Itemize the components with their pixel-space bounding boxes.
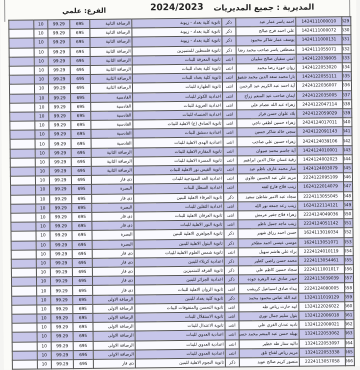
scanned-page: المديرية : جميع المديريات 2024/2023 الفر… — [0, 0, 360, 360]
seq-cell: 650 — [344, 210, 353, 219]
total-score-cell: 695 — [71, 166, 91, 175]
blank-cell — [9, 66, 34, 75]
directorate-cell: القادسية — [91, 102, 133, 112]
directorate-cell: القادسية — [91, 92, 133, 102]
blank-cell — [11, 185, 36, 194]
average-cell: 99.29 — [49, 157, 71, 166]
average-cell: 99.29 — [48, 20, 70, 29]
extra-cell: 10 — [37, 351, 51, 360]
total-score-cell: 695 — [73, 313, 93, 322]
extra-cell: 10 — [35, 112, 49, 121]
gender-cell: انثى — [223, 156, 237, 165]
average-cell: 99.29 — [48, 47, 70, 56]
average-cell: 99.29 — [48, 84, 70, 93]
directorate-cell: الرصافة الثانية — [91, 148, 133, 158]
student-name-cell: بيداء صادق اسماعيل كريشب — [239, 284, 299, 294]
seq-cell: 652 — [344, 228, 353, 237]
exam-id-cell: 2224124049036 — [298, 210, 344, 220]
average-cell: 99.29 — [50, 185, 72, 194]
extra-cell: 10 — [34, 47, 48, 56]
blank-cell — [12, 332, 37, 341]
gender-cell: انثى — [224, 220, 238, 229]
blank-cell — [11, 222, 36, 231]
average-cell: 99.29 — [50, 213, 72, 222]
seq-cell: 629 — [342, 17, 351, 26]
gender-cell: ذكر — [225, 294, 239, 303]
student-name-cell: براء علي هاشم سهيل — [238, 247, 298, 257]
exam-id-cell: 2424122047114 — [297, 99, 343, 109]
school-cell: اعدادية كربلاء للبنين — [134, 257, 224, 267]
blank-cell — [11, 268, 36, 277]
school-cell: ثانوية شمس العلوم الاهلية للبنات — [134, 248, 224, 258]
gender-cell: انثى — [225, 312, 239, 321]
seq-cell: 642 — [343, 136, 352, 145]
gender-cell: انثى — [224, 202, 238, 211]
seq-cell: 658 — [345, 283, 354, 292]
blank-cell — [10, 158, 35, 167]
directorate-cell: ذي قار — [93, 285, 135, 295]
average-cell: 99.29 — [49, 167, 71, 176]
school-cell: ثانوية كلية بغداد - زيونة — [132, 18, 222, 28]
gender-cell: انثى — [223, 165, 237, 174]
seq-cell: 660 — [345, 301, 354, 310]
average-cell: 99.29 — [49, 176, 71, 185]
exam-id-cell: 1324111019129 — [299, 292, 345, 302]
blank-cell — [12, 323, 37, 332]
school-cell: اعدادية الكوثر للبنات — [133, 92, 223, 102]
student-name-cell: بهيله حسن عبد المنعم محمد حسن — [239, 330, 299, 340]
directorate-cell: الرصافة الثانية — [90, 83, 132, 93]
total-score-cell: 695 — [73, 295, 93, 304]
extra-cell: 10 — [36, 240, 50, 249]
directorate-cell: القادسية — [91, 120, 133, 130]
school-cell: ثانوية الفرقد للمتميزين — [134, 266, 224, 276]
school-cell: ثانوية الاستقلال للبنات — [135, 312, 225, 322]
directorate-cell: الرصافة الثانية — [90, 74, 132, 84]
total-score-cell: 695 — [72, 203, 92, 212]
extra-cell: 10 — [36, 204, 50, 213]
student-name-cell: مصطفى ياسر صاحب محمد رضا — [236, 45, 296, 55]
gender-cell: انثى — [223, 128, 237, 137]
branch-label: الفرع: علمي — [62, 7, 106, 15]
extra-cell: 10 — [34, 57, 48, 66]
gender-cell: ذكر — [224, 229, 238, 238]
directorate-cell: البصرة — [92, 203, 134, 213]
school-cell: ثانوية النور الاهلية للبنات — [134, 220, 224, 230]
gender-cell: انثى — [225, 349, 239, 358]
extra-cell: 10 — [35, 130, 49, 139]
total-score-cell: 695 — [73, 286, 93, 295]
extra-cell: 10 — [36, 250, 50, 259]
school-cell: ثانوية البتول الاهلية للبنين — [134, 239, 224, 249]
school-cell: ثانوية الصادق (ع) الاهلية للبنات — [133, 119, 223, 129]
average-cell: 99.29 — [50, 259, 72, 268]
average-cell: 99.29 — [49, 130, 71, 139]
student-name-cell: داليه ستار طه خطير — [239, 339, 299, 349]
blank-cell — [11, 213, 36, 222]
directorate-cell: ذي قار — [91, 175, 133, 185]
average-cell: 99.29 — [49, 102, 71, 111]
blank-cell — [11, 241, 36, 250]
exam-id-cell: 1424122053020 — [296, 63, 342, 73]
extra-cell: 10 — [36, 185, 50, 194]
exam-id-cell: 1424124010001 — [297, 145, 343, 155]
exam-id-cell: 1624122114121 — [298, 201, 344, 211]
exam-id-cell: 1324122053338 — [299, 348, 345, 358]
total-score-cell: 695 — [71, 148, 91, 157]
extra-cell: 10 — [36, 268, 50, 277]
student-name-cell: زهراء حسين علي صاحب — [237, 137, 297, 147]
exam-id-cell: 1324122008021 — [299, 320, 345, 330]
average-cell: 99.29 — [50, 240, 72, 249]
seq-cell: 644 — [343, 155, 352, 164]
gender-cell: انثى — [225, 303, 239, 312]
directorate-cell: الرصافة الثانية — [90, 65, 132, 75]
extra-cell: 10 — [36, 222, 50, 231]
total-score-cell: 695 — [71, 157, 91, 166]
directorate-cell: القادسية — [91, 138, 133, 148]
average-cell: 99.29 — [51, 286, 73, 295]
seq-cell: 659 — [345, 292, 354, 301]
exam-id-cell: 1424122039005 — [296, 54, 342, 64]
gender-cell: ذكر — [222, 45, 236, 54]
seq-cell: 665 — [345, 347, 354, 356]
school-cell: ثانوية الروان الاهلية للبنات — [135, 284, 225, 294]
gender-cell: ذكر — [224, 238, 238, 247]
extra-cell: 10 — [34, 66, 48, 75]
total-score-cell: 695 — [70, 65, 90, 74]
blank-cell — [10, 94, 35, 103]
school-cell: ثانوية الجواهري الاهلية للبنين — [134, 229, 224, 239]
exam-id-cell: 1424124002023 — [297, 155, 343, 165]
exam-id-cell: 1424122055111 — [296, 72, 342, 82]
exam-id-cell: 1324122053062 — [299, 329, 345, 339]
average-cell: 99.29 — [48, 38, 70, 47]
directorate-cell: الرصافة الثانية — [90, 47, 132, 57]
seq-cell: 648 — [344, 191, 353, 200]
extra-cell: 10 — [35, 176, 49, 185]
total-score-cell: 695 — [70, 56, 90, 65]
seq-cell: 645 — [343, 164, 352, 173]
gender-cell: انثى — [222, 64, 236, 73]
seq-cell: 651 — [344, 219, 353, 228]
total-score-cell: 695 — [73, 304, 93, 313]
exam-id-cell: 1424111000010 — [296, 17, 342, 27]
seq-cell: 653 — [344, 237, 353, 246]
gender-cell: انثى — [222, 82, 236, 91]
student-name-cell: يوسف عمار شاكر محمود — [236, 36, 296, 46]
school-cell: اعدادية الخنساء للبنات — [133, 110, 223, 120]
gender-cell: انثى — [223, 137, 237, 146]
total-score-cell: 695 — [71, 176, 91, 185]
total-score-cell: 695 — [73, 332, 93, 341]
exam-id-cell: 2224122095109 — [297, 173, 343, 183]
extra-cell: 10 — [35, 121, 49, 130]
gender-cell: انثى — [224, 248, 238, 257]
directorate-cell: ذي قار — [92, 194, 134, 204]
total-score-cell: 695 — [73, 323, 93, 332]
directorate-cell: الرصافة الاولى — [93, 350, 135, 360]
average-cell: 99.29 — [49, 148, 71, 157]
school-cell: اعدادية السطل للبنات — [134, 183, 224, 193]
seq-cell: 641 — [343, 127, 352, 136]
gender-cell: انثى — [222, 55, 236, 64]
exam-id-cell: 2424122035005 — [297, 90, 343, 100]
total-score-cell: 695 — [72, 194, 92, 203]
extra-cell: 10 — [37, 332, 51, 341]
total-score-cell: 695 — [72, 277, 92, 286]
average-cell: 99.29 — [51, 332, 73, 341]
blank-cell — [10, 176, 35, 185]
blank-cell — [12, 351, 37, 360]
seq-cell: 646 — [343, 173, 352, 182]
seq-cell: 639 — [343, 109, 352, 118]
student-name-cell: آية احمد عبد الكريم عبد الرحمن — [236, 82, 296, 92]
student-name-cell: محمد حسن راضي كطير — [238, 256, 298, 266]
average-cell: 99.29 — [50, 194, 72, 203]
blank-cell — [10, 112, 35, 121]
school-cell: ثانوية المقارم الاهلية للبنات — [133, 147, 223, 157]
exam-id-cell: 2224124051142 — [298, 219, 344, 229]
average-cell: 99.29 — [51, 323, 73, 332]
directorate-cell: الرصافة الثانية — [90, 37, 132, 47]
student-name-cell: مريم رياض لفتاح ثلق — [239, 348, 299, 358]
blank-cell — [12, 342, 37, 351]
student-name-cell: مريم علي عبد الحسين علاوي — [237, 173, 297, 183]
total-score-cell: 695 — [70, 19, 90, 28]
blank-cell — [9, 38, 34, 47]
directorate-cell: ذي قار — [92, 212, 134, 222]
gender-cell: انثى — [225, 339, 239, 348]
extra-cell: 10 — [35, 103, 49, 112]
seq-cell: 649 — [344, 200, 353, 209]
directorate-cell: ذي قار — [92, 249, 134, 259]
average-cell: 99.29 — [50, 222, 72, 231]
academic-year: 2024/2023 — [150, 3, 203, 14]
exam-id-cell: 1624113016034 — [298, 228, 344, 238]
total-score-cell: 695 — [72, 185, 92, 194]
average-cell: 99.29 — [50, 249, 72, 258]
student-name-cell: آية جاسم محمد صيوان — [237, 146, 297, 156]
total-score-cell: 695 — [70, 75, 90, 84]
extra-cell: 10 — [36, 213, 50, 222]
exam-id-cell: 2424124017011 — [297, 118, 343, 128]
gender-cell: ذكر — [224, 257, 238, 266]
gender-cell: ذكر — [224, 275, 238, 284]
directorate-cell: ذي قار — [92, 258, 134, 268]
gender-cell: انثى — [225, 321, 239, 330]
school-cell: اعدادية العدوي للبنات — [135, 349, 225, 359]
exam-id-cell: 1424111000131 — [296, 35, 342, 45]
school-cell: ثانوية القيس نور الاهلية للبنات — [133, 165, 223, 175]
directorate-cell: ذي قار — [92, 221, 134, 231]
gender-cell: انثى — [223, 110, 237, 119]
seq-cell: 631 — [342, 35, 351, 44]
student-name-cell: ايمان صاحب عبد المنعم زراج — [237, 91, 297, 101]
blank-cell — [9, 75, 34, 84]
seq-cell: 637 — [343, 90, 352, 99]
extra-cell: 10 — [36, 277, 50, 286]
blank-cell — [9, 84, 34, 93]
gender-cell: انثى — [223, 147, 237, 156]
exam-id-cell: 2424124039106 — [297, 136, 343, 146]
total-score-cell: 695 — [72, 267, 92, 276]
total-score-cell: 695 — [72, 231, 92, 240]
blank-cell — [10, 167, 35, 176]
blank-cell — [11, 204, 36, 213]
directorate-cell: الرصافة الثانية — [90, 56, 132, 66]
school-cell: اعدادية الثقلين للبنات — [134, 202, 224, 212]
directorate-cell: الرصافة الثانية — [91, 166, 133, 176]
gender-cell: ذكر — [224, 266, 238, 275]
gender-cell: انثى — [223, 91, 237, 100]
exam-id-cell: 2424122036007 — [296, 81, 342, 91]
total-score-cell: 695 — [71, 120, 91, 129]
blank-cell — [11, 195, 36, 204]
total-score-cell: 695 — [70, 29, 90, 38]
blank-cell — [10, 139, 35, 148]
gender-cell: ذكر — [224, 192, 238, 201]
exam-id-cell: 2224113054461 — [298, 256, 344, 266]
school-cell: ثانوية كلية بغداد للبنات — [132, 64, 222, 74]
school-cell: ثانوية المسرة الاهلية للبنات — [133, 156, 223, 166]
school-cell: ثانوية الطهارة للبنات — [132, 82, 222, 92]
directorate-cell: القادسية — [91, 129, 133, 139]
extra-cell: 10 — [34, 75, 48, 84]
blank-cell — [10, 121, 35, 130]
seq-cell: 635 — [342, 72, 351, 81]
directorate-cell: الرصافة الاولى — [93, 341, 135, 351]
average-cell: 99.29 — [50, 277, 72, 286]
student-name-cell: زينب ماجد جميل ناظم — [238, 219, 298, 229]
directorate-cell: البصرة — [92, 230, 134, 240]
extra-cell: 10 — [37, 314, 51, 323]
student-name-cell: ابيه حارث رياض طه — [239, 302, 299, 312]
exam-id-cell: 1424111000072 — [296, 26, 342, 36]
average-cell: 99.29 — [50, 231, 72, 240]
average-cell: 99.29 — [49, 121, 71, 130]
blank-cell — [10, 149, 35, 158]
average-cell: 99.29 — [48, 29, 70, 38]
blank-cell — [11, 277, 36, 286]
seq-cell: 662 — [345, 320, 354, 329]
blank-cell — [9, 48, 34, 57]
extra-cell: 10 — [35, 167, 49, 176]
student-name-cell: سجاد حسين كاظم علي — [238, 265, 298, 275]
school-cell: اعدادية دمشق للبنات — [133, 128, 223, 138]
seq-cell: 643 — [343, 145, 352, 154]
extra-cell: 10 — [37, 323, 51, 332]
extra-cell: 10 — [34, 20, 48, 29]
directorate-cell: الرصافة الثانية — [91, 157, 133, 167]
blank-cell — [12, 314, 37, 323]
average-cell: 99.29 — [50, 268, 72, 277]
blank-cell — [9, 57, 34, 66]
student-name-cell: زهراء حسين لطفي ناجي — [237, 118, 297, 128]
seq-cell: 655 — [344, 256, 353, 265]
student-name-cell: سجاد عبد الامير شاطئ سعيد — [238, 192, 298, 202]
seq-cell: 640 — [343, 118, 352, 127]
student-name-cell: حسن احمد رزاق شهير — [238, 229, 298, 239]
total-score-cell: 695 — [70, 38, 90, 47]
extra-cell: 10 — [34, 84, 48, 93]
directorate-cell: الرصافة الاولى — [93, 295, 135, 305]
extra-cell: 10 — [37, 295, 51, 304]
extra-cell: 10 — [36, 231, 50, 240]
seq-cell: 634 — [342, 63, 351, 72]
seq-cell: 663 — [345, 329, 354, 338]
total-score-cell: 695 — [72, 240, 92, 249]
directorate-cell: الرصافة الاولى — [93, 304, 135, 314]
student-name-cell: بارا محمد سعد الدين محمد شفيق — [236, 72, 296, 82]
seq-cell: 664 — [345, 338, 354, 347]
total-score-cell: 695 — [71, 130, 91, 139]
school-cell: ثانوية المعرفة للبنات — [132, 55, 222, 65]
gender-cell: انثى — [225, 284, 239, 293]
school-cell: ثانوية الاعتدال للبنات — [135, 321, 225, 331]
exam-id-cell: 1624122014079 — [298, 182, 344, 192]
seq-cell: 656 — [344, 265, 353, 274]
student-name-cell: زهراء فلاح جفير عرمش — [238, 210, 298, 220]
school-cell: ثانوية العرفاء الاهلية للبنين — [134, 193, 224, 203]
exam-id-cell: 1424111055071 — [296, 44, 342, 54]
seq-cell: 636 — [342, 81, 351, 90]
average-cell: 99.29 — [49, 112, 71, 121]
extra-cell: 10 — [37, 305, 51, 314]
exam-id-cell: 2424122059029 — [297, 109, 343, 119]
gender-cell: انثى — [222, 73, 236, 82]
total-score-cell: 695 — [71, 139, 91, 148]
exam-id-cell: 2424122091143 — [297, 127, 343, 137]
student-name-cell: زينب رعد جمعة نور الله — [238, 201, 298, 211]
exam-id-cell: 2224113055045 — [298, 191, 344, 201]
directorate-label: المديرية : جميع المديريات — [213, 3, 314, 13]
student-name-cell: زينب فلاح فارع لفته — [238, 183, 298, 193]
average-cell: 99.29 — [51, 295, 73, 304]
extra-cell: 10 — [35, 148, 49, 157]
directorate-cell: ذي قار — [92, 267, 134, 277]
blank-cell — [9, 20, 34, 29]
student-name-cell: موسى عيسى احمد مطحر — [238, 238, 298, 248]
average-cell: 99.29 — [51, 314, 73, 323]
exam-id-cell: 1624113051071 — [298, 237, 344, 247]
school-cell: اعدادية الجزائر للبنين — [134, 275, 224, 285]
exam-id-cell: 2224113039039 — [298, 274, 344, 284]
directorate-cell: ذي قار — [92, 276, 134, 286]
directorate-cell: البصرة — [92, 239, 134, 249]
exam-id-cell: 1324122053097 — [299, 338, 345, 348]
directorate-cell: الرصافة الثانية — [90, 19, 132, 29]
blank-cell — [10, 130, 35, 139]
total-score-cell: 695 — [70, 47, 90, 56]
total-score-cell: 695 — [73, 341, 93, 350]
school-cell: ثانوية كلية بغداد للبنات — [132, 73, 222, 83]
blank-cell — [11, 250, 36, 259]
blank-cell — [11, 231, 36, 240]
exam-id-cell: 1324122006018 — [299, 311, 345, 321]
school-cell: اعدادية الغد النموذجية للبنات — [133, 174, 223, 184]
seq-cell: 666 — [345, 357, 354, 360]
student-name-cell: روان حوزة رضا محمد — [236, 63, 296, 73]
school-cell: ثانوية كلية بغداد - زيونة — [132, 27, 222, 37]
extra-cell: 10 — [34, 38, 48, 47]
total-score-cell: 695 — [73, 350, 93, 359]
directorate-cell: البصرة — [92, 184, 134, 194]
average-cell: 99.29 — [48, 75, 70, 84]
school-cell: ثانوية فلسطين للمتميزين — [132, 46, 222, 56]
extra-cell: 10 — [35, 93, 49, 102]
school-cell: ثانوية العرفان الاهلية للبنات — [134, 211, 224, 221]
